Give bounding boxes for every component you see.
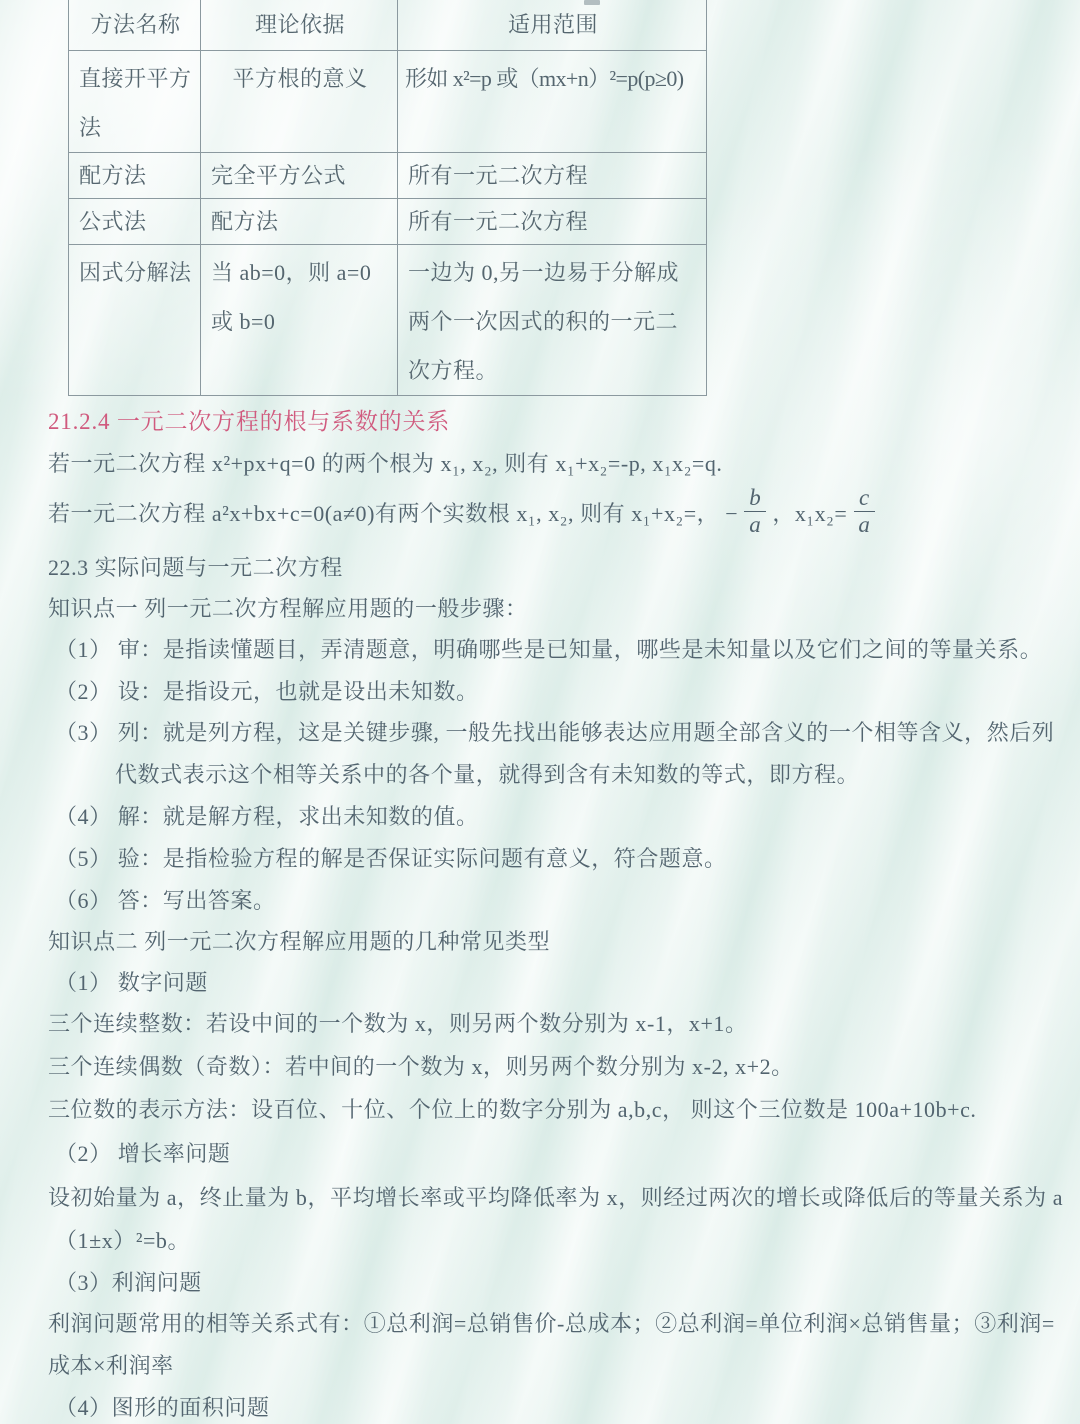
section-heading-22-3: 22.3 实际问题与一元二次方程 xyxy=(48,551,343,582)
table-row: 因式分解法 当 ab=0，则 a=0 或 b=0 一边为 0,另一边易于分解成两… xyxy=(69,244,707,395)
table-row: 配方法 完全平方公式 所有一元二次方程 xyxy=(69,152,707,198)
profit-relations-line-2: 成本×利润率 xyxy=(48,1349,174,1380)
step-6-answer: （6） 答：写出答案。 xyxy=(55,884,276,915)
header-theory-basis: 理论依据 xyxy=(201,0,398,50)
cell-method-completing-square: 配方法 xyxy=(69,152,201,198)
step-4-solve: （4） 解：就是解方程，求出未知数的值。 xyxy=(55,800,479,831)
fraction-denominator: a xyxy=(853,512,875,538)
cell-scope-formula: 所有一元二次方程 xyxy=(398,198,707,244)
section-heading-21-2-4: 21.2.4 一元二次方程的根与系数的关系 xyxy=(48,403,450,436)
knowledge-point-2-title: 知识点二 列一元二次方程解应用题的几种常见类型 xyxy=(48,925,550,956)
step-1-examine: （1） 审：是指读懂题目，弄清题意，明确哪些是已知量，哪些是未知量以及它们之间的… xyxy=(55,633,1042,664)
profit-relations-line-1: 利润问题常用的相等关系式有：①总利润=总销售价-总成本；②总利润=单位利润×总销… xyxy=(48,1307,1055,1338)
knowledge-point-1-title: 知识点一 列一元二次方程解应用题的一般步骤： xyxy=(48,592,528,623)
header-applicable-scope: 适用范围 xyxy=(398,0,707,50)
cell-scope-direct-sqrt: 形如 x²=p 或（mx+n）²=p(p≥0) xyxy=(398,50,707,152)
type-4-area-title: （4）图形的面积问题 xyxy=(55,1391,270,1422)
table-row: 直接开平方法 平方根的意义 形如 x²=p 或（mx+n）²=p(p≥0) xyxy=(69,50,707,152)
fraction-numerator: c xyxy=(854,485,875,512)
cell-method-direct-sqrt: 直接开平方法 xyxy=(69,50,201,152)
cell-scope-completing-square: 所有一元二次方程 xyxy=(398,152,707,198)
cell-basis-factoring: 当 ab=0，则 a=0 或 b=0 xyxy=(201,244,398,395)
fraction-denominator: a xyxy=(744,512,766,538)
three-digit-number-line: 三位数的表示方法：设百位、十位、个位上的数字分别为 a,b,c， 则这个三位数是… xyxy=(48,1093,976,1124)
step-2-set: （2） 设：是指设元，也就是设出未知数。 xyxy=(55,675,479,706)
type-3-profit-title: （3）利润问题 xyxy=(55,1266,202,1297)
solving-methods-table: 方法名称 理论依据 适用范围 直接开平方法 平方根的意义 形如 x²=p 或（m… xyxy=(68,0,707,396)
formula-mid: ，x₁x₂= xyxy=(772,497,847,528)
table-header-row: 方法名称 理论依据 适用范围 xyxy=(69,0,707,50)
header-method-name: 方法名称 xyxy=(69,0,201,50)
type-1-number-problems-title: （1） 数字问题 xyxy=(55,966,208,997)
fraction-b-over-a: b a xyxy=(744,485,766,538)
step-5-verify: （5） 验：是指检验方程的解是否保证实际问题有意义，符合题意。 xyxy=(55,842,727,873)
type-2-growth-rate-title: （2） 增长率问题 xyxy=(55,1137,230,1168)
roots-relation-line-2: 若一元二次方程 a²x+bx+c=0(a≠0)有两个实数根 x₁, x₂, 则有… xyxy=(48,483,881,541)
cell-basis-completing-square: 完全平方公式 xyxy=(201,152,398,198)
cell-method-formula: 公式法 xyxy=(69,198,201,244)
growth-rate-line-1: 设初始量为 a，终止量为 b，平均增长率或平均降低率为 x，则经过两次的增长或降… xyxy=(48,1181,1063,1212)
cell-method-factoring: 因式分解法 xyxy=(69,244,201,395)
consecutive-integers-line: 三个连续整数：若设中间的一个数为 x，则另两个数分别为 x-1，x+1。 xyxy=(48,1007,748,1038)
cell-basis-direct-sqrt: 平方根的意义 xyxy=(201,50,398,152)
fraction-c-over-a: c a xyxy=(853,485,875,538)
fraction-numerator: b xyxy=(744,485,766,512)
step-3-list-continued: 代数式表示这个相等关系中的各个量，就得到含有未知数的等式，即方程。 xyxy=(115,758,859,789)
growth-rate-formula: （1±x）²=b。 xyxy=(55,1224,190,1255)
notes-page: 方法名称 理论依据 适用范围 直接开平方法 平方根的意义 形如 x²=p 或（m… xyxy=(0,0,1080,1424)
table-row: 公式法 配方法 所有一元二次方程 xyxy=(69,198,707,244)
roots-relation-line-1: 若一元二次方程 x²+px+q=0 的两个根为 x₁, x₂, 则有 x₁+x₂… xyxy=(48,447,723,478)
consecutive-even-odd-line: 三个连续偶数（奇数）：若中间的一个数为 x，则另两个数分别为 x-2, x+2。 xyxy=(48,1050,794,1081)
cell-scope-factoring: 一边为 0,另一边易于分解成两个一次因式的积的一元二次方程。 xyxy=(398,244,707,395)
formula-prefix: 若一元二次方程 a²x+bx+c=0(a≠0)有两个实数根 x₁, x₂, 则有… xyxy=(48,497,738,528)
step-3-list: （3） 列：就是列方程，这是关键步骤, 一般先找出能够表达应用题全部含义的一个相… xyxy=(55,716,1054,747)
cell-basis-formula: 配方法 xyxy=(201,198,398,244)
